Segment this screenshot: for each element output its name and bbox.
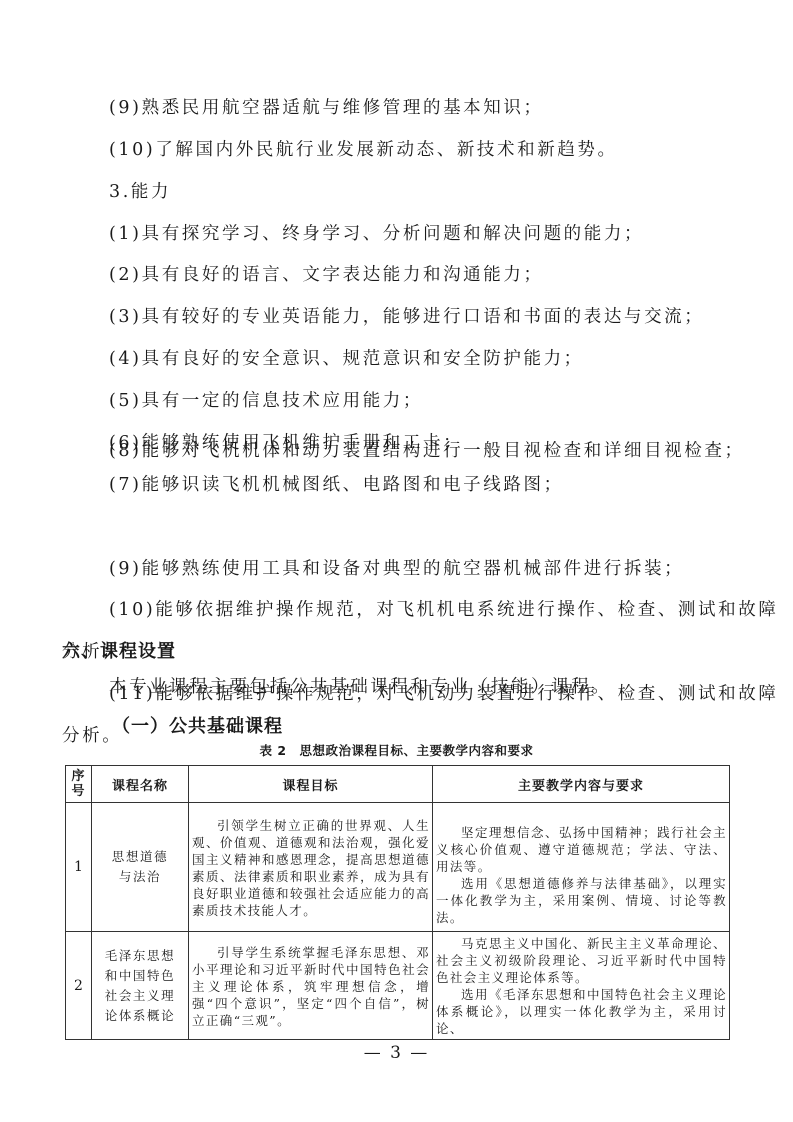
row-course-content: 马克思主义中国化、新民主主义革命理论、社会主义初级阶段理论、习近平新时代中国特色… <box>433 932 730 1040</box>
knowledge-item-9: (9)熟悉民用航空器适航与维修管理的基本知识； <box>109 97 544 119</box>
table-caption: 表 2 思想政治课程目标、主要教学内容和要求 <box>0 741 793 759</box>
subsection-title: （一）公共基础课程 <box>112 712 283 738</box>
ability-item-10-line1: (10)能够依据维护操作规范，对飞机机电系统进行操作、检查、测试和故障 <box>109 599 778 621</box>
ability-item-7: (7)能够识读飞机机械图纸、电路图和电子线路图； <box>109 474 564 496</box>
header-seq: 序 号 <box>66 766 92 803</box>
row-seq: 1 <box>66 803 92 932</box>
ability-item-5: (5)具有一定的信息技术应用能力； <box>109 390 423 412</box>
row-course-goal: 引领学生树立正确的世界观、人生观、价值观、道德观和法治观，强化爱国主义精神和感恩… <box>189 803 433 932</box>
ability-item-8: (8)能够对飞机机体和动力装置结构进行一般目视检查和详细目视检查； <box>109 440 745 462</box>
header-course-content: 主要教学内容与要求 <box>433 766 730 803</box>
row-course-content: 坚定理想信念、弘扬中国精神；践行社会主义核心价值观、遵守道德规范；学法、守法、用… <box>433 803 730 932</box>
page-number: — 3 — <box>0 1043 793 1063</box>
ability-heading: 3.能力 <box>109 181 171 203</box>
table-row: 1 思想道德 与法治 引领学生树立正确的世界观、人生观、价值观、道德观和法治观，… <box>66 803 730 932</box>
header-course-goal: 课程目标 <box>189 766 433 803</box>
ability-item-4: (4)具有良好的安全意识、规范意识和安全防护能力； <box>109 348 584 370</box>
ability-item-3: (3)具有较好的专业英语能力，能够进行口语和书面的表达与交流； <box>109 306 704 328</box>
row-course-name: 毛泽东思想 和中国特色 社会主义理 论体系概论 <box>92 932 189 1040</box>
header-course-name: 课程名称 <box>92 766 189 803</box>
row-course-name: 思想道德 与法治 <box>92 803 189 932</box>
section-intro: 本专业课程主要包括公共基础课程和专业（技能）课程。 <box>109 676 612 698</box>
row-seq: 2 <box>66 932 92 1040</box>
knowledge-item-10: (10)了解国内外民航行业发展新动态、新技术和新趋势。 <box>109 139 618 161</box>
ability-item-2: (2)具有良好的语言、文字表达能力和沟通能力； <box>109 264 544 286</box>
section-title: 六、课程设置 <box>62 637 176 663</box>
ability-item-1: (1)具有探究学习、终身学习、分析问题和解决问题的能力； <box>109 223 644 245</box>
table-row: 2 毛泽东思想 和中国特色 社会主义理 论体系概论 引导学生系统掌握毛泽东思想、… <box>66 932 730 1040</box>
row-course-goal: 引导学生系统掌握毛泽东思想、邓小平理论和习近平新时代中国特色社会主义理论体系，筑… <box>189 932 433 1040</box>
ability-item-9: (9)能够熟练使用工具和设备对典型的航空器机械部件进行拆装； <box>109 558 684 580</box>
course-table: 序 号 课程名称 课程目标 主要教学内容与要求 1 思想道德 与法治 引领学生树… <box>65 765 730 1040</box>
table-header-row: 序 号 课程名称 课程目标 主要教学内容与要求 <box>66 766 730 803</box>
